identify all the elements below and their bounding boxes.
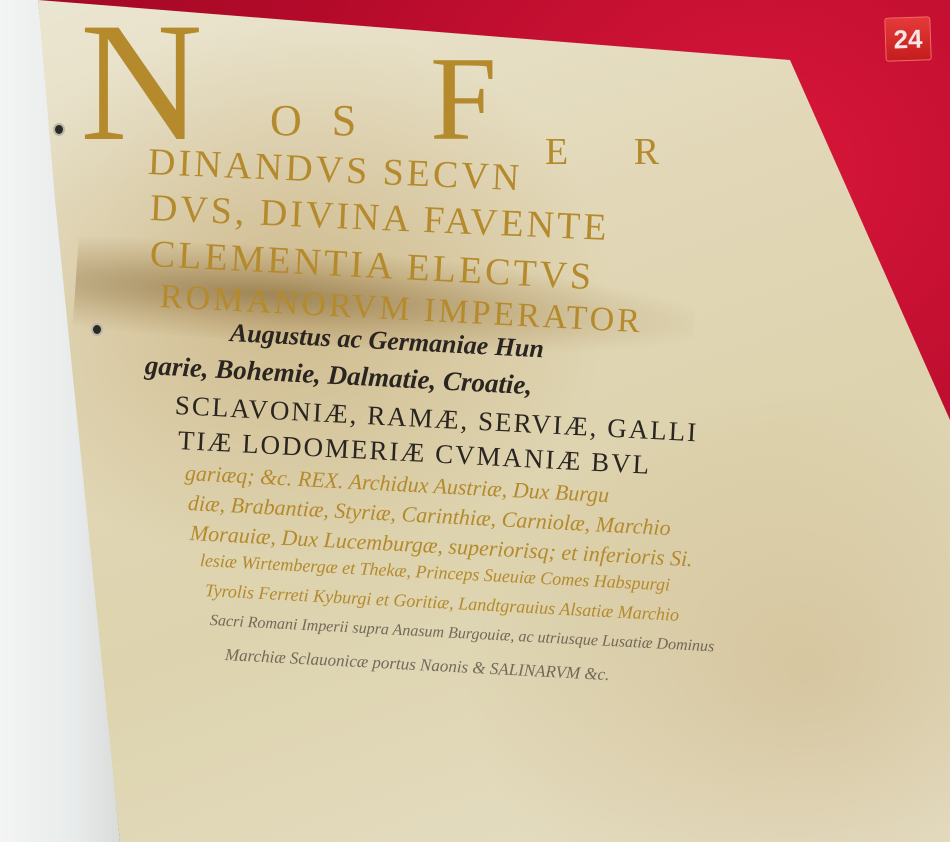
manuscript-text: N OS F E R DINANDVS SECVN DVS, DIVINA FA…: [0, 0, 950, 842]
line-os: OS: [270, 95, 386, 146]
initial-f: F: [430, 30, 497, 168]
line-er: E R: [545, 130, 687, 174]
watermark-logo: 24: [884, 16, 932, 62]
watermark-text: 24: [893, 23, 923, 55]
line-15: Marchiæ Sclauonicæ portus Naonis & SALIN…: [224, 645, 609, 685]
